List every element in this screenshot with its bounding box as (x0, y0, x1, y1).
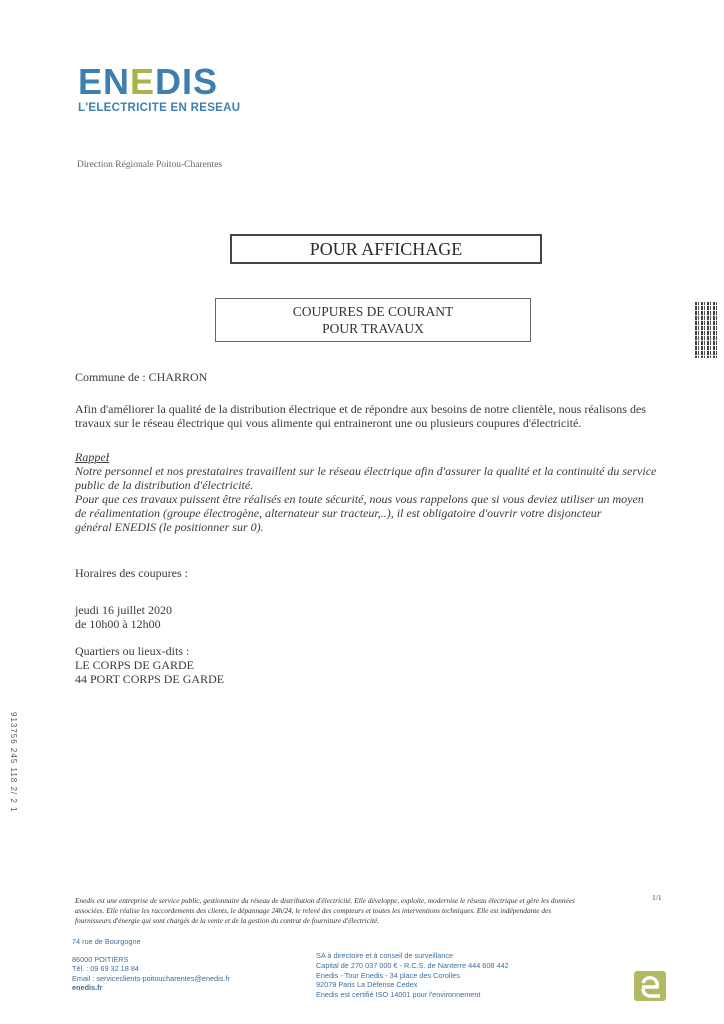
datamatrix-barcode (695, 302, 717, 358)
address-email[interactable]: Email : serviceclients-poitoucharentes@e… (72, 974, 230, 984)
enedis-logo: ENEDIS L'ELECTRICITE EN RESEAU (78, 64, 238, 119)
horaires-label: Horaires des coupures : (75, 566, 188, 580)
location-item: LE CORPS DE GARDE (75, 658, 224, 672)
rappel-paragraph: Notre personnel et nos prestataires trav… (75, 464, 656, 534)
location-item: 44 PORT CORPS DE GARDE (75, 672, 224, 686)
page-number: 1/1 (652, 893, 662, 902)
subtitle-line-2: POUR TRAVAUX (322, 320, 424, 337)
address-city: 86000 POITIERS (72, 955, 230, 965)
logo-tagline: L'ELECTRICITE EN RESEAU (78, 102, 240, 114)
title-box: POUR AFFICHAGE (230, 234, 542, 264)
footer-company-info: SA à directoire et à conseil de surveill… (316, 951, 509, 1000)
address-phone: Tél. : 09 69 32 18 84 (72, 964, 230, 974)
logo-wordmark: ENEDIS (78, 64, 218, 100)
subtitle-box: COUPURES DE COURANT POUR TRAVAUX (215, 298, 531, 342)
locations-label: Quartiers ou lieux-dits : (75, 644, 224, 658)
margin-reference-code: 913756 245 118 2/ 2 1 (9, 712, 18, 812)
intro-paragraph: Afin d'améliorer la qualité de la distri… (75, 402, 646, 430)
outage-schedule: jeudi 16 juillet 2020 de 10h00 à 12h00 (75, 603, 172, 631)
outage-time: de 10h00 à 12h00 (75, 617, 172, 631)
locations: Quartiers ou lieux-dits : LE CORPS DE GA… (75, 644, 224, 686)
rappel-heading: Rappel (75, 450, 109, 464)
enedis-e-icon (634, 971, 666, 1001)
commune: Commune de : CHARRON (75, 370, 207, 384)
page-title: POUR AFFICHAGE (310, 239, 463, 260)
regional-direction: Direction Régionale Poitou-Charentes (77, 160, 222, 170)
outage-date: jeudi 16 juillet 2020 (75, 603, 172, 617)
rappel-colon: : (106, 450, 110, 464)
website-link[interactable]: enedis.fr (72, 983, 230, 993)
subtitle-line-1: COUPURES DE COURANT (293, 303, 454, 320)
footer-address: 74 rue de Bourgogne 86000 POITIERS Tél. … (72, 937, 230, 993)
footer-legal-notice: Enedis est une entreprise de service pub… (75, 896, 575, 926)
address-street: 74 rue de Bourgogne (72, 937, 230, 947)
